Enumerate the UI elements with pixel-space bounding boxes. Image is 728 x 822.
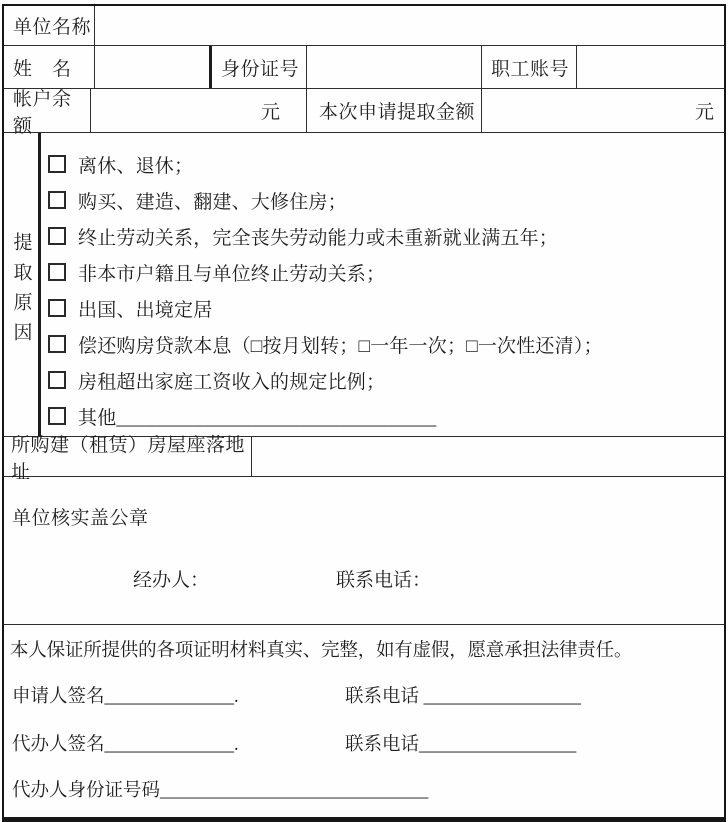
name-label: 姓 名 xyxy=(4,46,95,88)
id-number-value-cell[interactable] xyxy=(307,46,482,88)
balance-label: 帐户余额 xyxy=(4,89,91,132)
balance-value-cell[interactable]: 元 xyxy=(91,89,307,132)
applicant-signature-row: 申请人签名______________. 联系电话 ______________… xyxy=(12,682,716,708)
amount-label: 本次申请提取金额 xyxy=(307,89,482,132)
reason-text: 偿还购房贷款本息（□按月划转；□一年一次；□一次性还清）； xyxy=(78,331,603,358)
unit-name-label: 单位名称 xyxy=(4,6,95,45)
reason-item: 购买、建造、翻建、大修住房； xyxy=(41,182,724,218)
checkbox-icon[interactable] xyxy=(48,227,66,245)
agent-id-line[interactable]: 代办人身份证号码_____________________________ xyxy=(12,776,428,802)
house-address-value-cell[interactable] xyxy=(252,437,724,476)
checkbox-icon[interactable] xyxy=(48,371,66,389)
reason-text: 终止劳动关系，完全丧失劳动能力或未重新就业满五年； xyxy=(78,223,558,250)
row-house-address: 所购建（租赁）房屋座落地址 xyxy=(4,437,724,477)
reason-text: 非本市户籍且与单位终止劳动关系； xyxy=(78,259,385,286)
amount-unit: 元 xyxy=(695,97,714,124)
unit-seal-label: 单位核实盖公章 xyxy=(12,503,149,530)
reasons-label: 提取原因 xyxy=(8,232,35,352)
employee-account-label: 职工账号 xyxy=(482,46,577,88)
checkbox-icon[interactable] xyxy=(48,263,66,281)
row-unit-verification: 单位核实盖公章 经办人： 联系电话： xyxy=(4,477,724,625)
checkbox-icon[interactable] xyxy=(48,155,66,173)
checkbox-icon[interactable] xyxy=(48,335,66,353)
reasons-label-cell: 提取原因 xyxy=(4,133,41,436)
reason-item: 终止劳动关系，完全丧失劳动能力或未重新就业满五年； xyxy=(41,218,724,254)
reason-item: 偿还购房贷款本息（□按月划转；□一年一次；□一次性还清）； xyxy=(41,326,724,362)
agent-sign-line[interactable]: 代办人签名______________. xyxy=(12,735,239,755)
agent-signature-row: 代办人签名______________. 联系电话_______________… xyxy=(12,730,716,756)
handler-phone-label: 联系电话： xyxy=(336,565,431,592)
row-unit-name: 单位名称 xyxy=(4,6,724,46)
employee-account-value-cell[interactable] xyxy=(577,46,724,88)
reason-item: 非本市户籍且与单位终止劳动关系； xyxy=(41,254,724,290)
row-declaration: 本人保证所提供的各项证明材料真实、完整，如有虚假，愿意承担法律责任。 申请人签名… xyxy=(4,625,724,817)
reason-text: 房租超出家庭工资收入的规定比例； xyxy=(78,367,385,394)
row-reasons: 提取原因 离休、退休； 购买、建造、翻建、大修住房； 终止劳动关系，完全丧失劳动… xyxy=(4,133,724,437)
reason-item: 离休、退休； xyxy=(41,146,724,182)
applicant-sign-line[interactable]: 申请人签名______________. xyxy=(12,687,239,707)
reason-item: 出国、出境定居 xyxy=(41,290,724,326)
reason-item: 房租超出家庭工资收入的规定比例； xyxy=(41,362,724,398)
name-value-cell[interactable] xyxy=(95,46,212,88)
reason-text: 其他_________________________________ xyxy=(78,403,437,430)
id-number-label: 身份证号 xyxy=(212,46,307,88)
agent-phone-line[interactable]: 联系电话_________________ xyxy=(345,730,576,756)
balance-unit: 元 xyxy=(261,97,280,124)
checkbox-icon[interactable] xyxy=(48,407,66,425)
row-personal-info: 姓 名 身份证号 职工账号 xyxy=(4,46,724,89)
house-address-label: 所购建（租赁）房屋座落地址 xyxy=(4,437,252,476)
unit-name-value-cell[interactable] xyxy=(95,6,724,45)
form-table: 单位名称 姓 名 身份证号 职工账号 帐户余额 元 本次申请提取金额 元 提取原… xyxy=(2,4,726,822)
reason-text: 购买、建造、翻建、大修住房； xyxy=(78,187,347,214)
reason-text: 出国、出境定居 xyxy=(78,295,212,322)
handler-label: 经办人： xyxy=(133,565,209,592)
reason-text: 离休、退休； xyxy=(78,151,193,178)
checkbox-icon[interactable] xyxy=(48,191,66,209)
applicant-phone-line[interactable]: 联系电话 _________________ xyxy=(345,682,581,708)
withdrawal-form-sheet: 单位名称 姓 名 身份证号 职工账号 帐户余额 元 本次申请提取金额 元 提取原… xyxy=(0,0,728,822)
amount-value-cell[interactable]: 元 xyxy=(482,89,724,132)
declaration-text: 本人保证所提供的各项证明材料真实、完整，如有虚假，愿意承担法律责任。 xyxy=(10,636,632,662)
reasons-list: 离休、退休； 购买、建造、翻建、大修住房； 终止劳动关系，完全丧失劳动能力或未重… xyxy=(41,133,724,436)
row-amounts: 帐户余额 元 本次申请提取金额 元 xyxy=(4,89,724,133)
checkbox-icon[interactable] xyxy=(48,299,66,317)
